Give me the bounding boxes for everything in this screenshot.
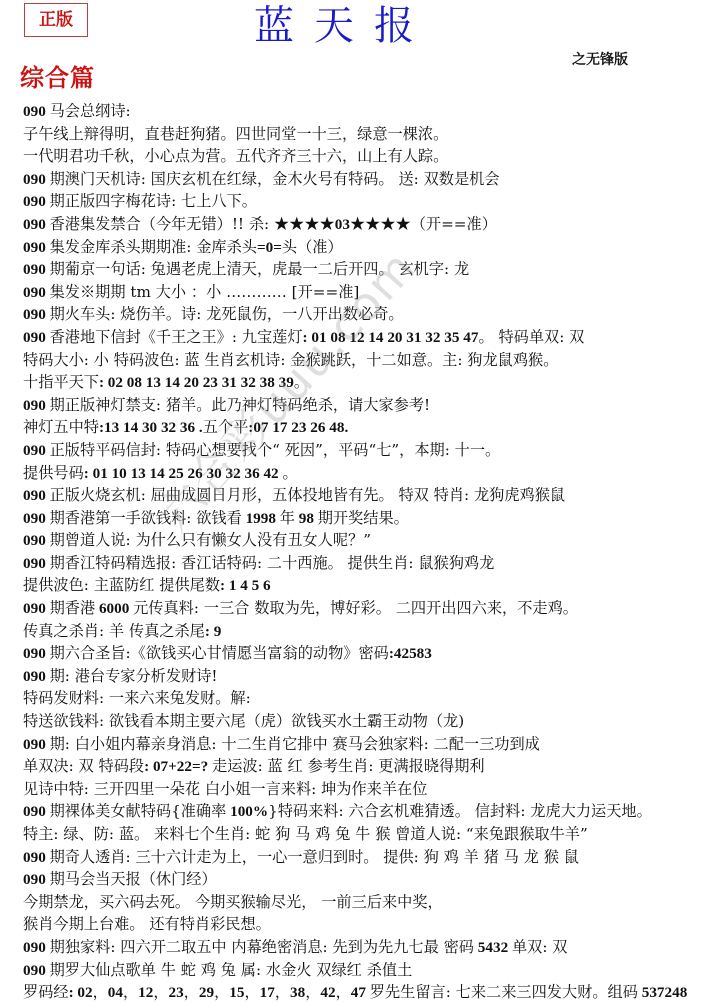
text-line: 090 期: 港台专家分析发财诗! <box>23 665 723 688</box>
number-text: : 02 08 13 14 20 23 31 32 38 39 <box>99 374 294 391</box>
number-text: :13 14 30 32 36 . <box>99 419 203 436</box>
number-text: 090 <box>23 284 50 301</box>
number-text: 090 <box>23 939 50 956</box>
number-text: :42583 <box>389 645 432 662</box>
number-text: 12 <box>138 984 153 1001</box>
text-line: 090 期葡京一句话: 兔遇老虎上清天，虎最一二后开四。 玄机字: 龙 <box>23 258 723 281</box>
text-line: 090 期独家料: 四六开二取五中 内幕绝密消息: 先到为先九七最 密码 543… <box>23 936 723 959</box>
text-line: 090 期香港 6000 元传真料: 一三合 数取为先，博好彩。 二四开出四六来… <box>23 597 723 620</box>
text-line: 提供波色: 主蓝防红 提供尾数: 1 4 5 6 <box>23 574 723 597</box>
text-line: 提供号码: 01 10 13 14 25 26 30 32 36 42 。 <box>23 462 723 485</box>
text-line: 090 香港地下信封《千王之王》: 九宝莲灯: 01 08 12 14 20 3… <box>23 326 723 349</box>
text-line: 090 集发※期期 tm 大小 ：小 ………… [开==准] <box>23 281 723 304</box>
text-line: 单双决: 双 特码段: 07+22=? 走运波: 蓝 红 参考生肖: 更满报晓得… <box>23 755 723 778</box>
number-text: 090 <box>23 442 50 459</box>
number-text: 42 <box>320 984 335 1001</box>
number-text: : 9 <box>205 623 221 640</box>
text-line: 090 期奇人透肖: 三十六计走为上，一心一意归到时。 提供: 狗 鸡 羊 猪 … <box>23 846 723 869</box>
number-text: 04 <box>108 984 123 1001</box>
text-line: 090 正版特平码信封: 特码心想要找个“ 死因”，平码“七”，本期: 十一。 <box>23 439 723 462</box>
text-line: 特送欲钱料: 欲钱看本期主要六尾（虎）欲钱买水土霸王动物（龙) <box>23 710 723 733</box>
text-line: 特码大小: 小 特码波色: 蓝 生肖玄机诗: 金猴跳跃，十二如意。主: 狗龙鼠鸡… <box>23 349 723 372</box>
number-text: 090 <box>23 216 50 233</box>
text-line: 神灯五中特:13 14 30 32 36 .五个平:07 17 23 26 48… <box>23 416 723 439</box>
text-line: 090 期曾道人说: 为什么只有懒女人没有丑女人呢？” <box>23 529 723 552</box>
number-text: 090 <box>23 397 50 414</box>
text-line: 090 集发金库杀头期期准: 金库杀头=0=头（准） <box>23 236 723 259</box>
number-text: 47 <box>351 984 370 1001</box>
text-line: 十指平天下: 02 08 13 14 20 23 31 32 38 39。 <box>23 371 723 394</box>
number-text: 23 <box>169 984 184 1001</box>
number-text: 090 <box>23 171 50 188</box>
section-heading: 综合篇 <box>20 58 95 93</box>
number-text: 090 <box>23 239 50 256</box>
article-body: 090 马会总纲诗:子午线上辩得明，直巷赶狗猪。四世同堂一十三，绿意一棵浓。一代… <box>23 100 723 1003</box>
text-line: 罗码经: 02，04，12，23，29，15，17，38，42，47 罗先生留言… <box>23 981 723 1003</box>
number-text: 1998 <box>242 510 280 527</box>
number-text: 537248 <box>638 984 687 1001</box>
number-text: 090 <box>23 668 50 685</box>
text-line: 090 期正版神灯禁支: 猪羊。此乃神灯特码绝杀，请大家参考! <box>23 394 723 417</box>
text-line: 090 香港集发禁合（今年无错）!! 杀: ★★★★03★★★★（开==准） <box>23 213 723 236</box>
text-line: 090 期罗大仙点歌单 牛 蛇 鸡 兔 属: 水金火 双绿红 杀值土 <box>23 959 723 982</box>
number-text: : 1 4 5 6 <box>220 577 271 594</box>
text-line: 090 期澳门天机诗: 国庆玄机在红绿，金木火号有特码。 送: 双数是机会 <box>23 168 723 191</box>
text-line: 猴肖今期上台难。 还有特肖彩民想。 <box>23 913 723 936</box>
number-text: 090 <box>23 803 50 820</box>
text-line: 090 马会总纲诗: <box>23 100 723 123</box>
official-edition-stamp: 正版 <box>24 3 88 37</box>
edition-label: 之无锋版 <box>572 49 628 69</box>
number-text: 090 <box>23 871 50 888</box>
number-text: 090 <box>23 329 50 346</box>
number-text: 090 <box>23 487 50 504</box>
number-text: 090 <box>23 645 50 662</box>
number-text: 98 <box>295 510 318 527</box>
text-line: 今期禁龙，买六码去死。 今期买猴输尽光， 一前三后来中奖， <box>23 891 723 914</box>
text-line: 090 期香港第一手欲钱料: 欲钱看 1998 年 98 期开奖结果。 <box>23 507 723 530</box>
text-line: 090 期马会当天报（休门经） <box>23 868 723 891</box>
number-text: 5432 <box>474 939 512 956</box>
number-text: 090 <box>23 600 50 617</box>
text-line: 090 期火车头: 烧伤羊。诗: 龙死鼠伤，一八开出数必奇。 <box>23 303 723 326</box>
number-text: 090 <box>23 736 50 753</box>
number-text: 100% <box>226 803 268 820</box>
number-text: 090 <box>23 555 50 572</box>
number-text: :07 17 23 26 48. <box>248 419 348 436</box>
number-text: 15 <box>229 984 244 1001</box>
text-line: 090 期六合圣旨:《欲钱买心甘情愿当富翁的动物》密码:42583 <box>23 642 723 665</box>
number-text: 090 <box>23 849 50 866</box>
number-text: 090 <box>23 103 50 120</box>
number-text: : 02 <box>69 984 93 1001</box>
number-text: 38 <box>290 984 305 1001</box>
number-text: 090 <box>23 962 50 979</box>
number-text: 6000 <box>95 600 133 617</box>
text-line: 特码发财料: 一来六来兔发财。解: <box>23 687 723 710</box>
text-line: 090 期裸体美女献特码{准确率 100%}特码来料: 六合玄机难猜透。 信封料… <box>23 800 723 823</box>
number-text: 090 <box>23 306 50 323</box>
text-line: 一代明君功千秋，小心点为营。五代齐齐三十六，山上有人踪。 <box>23 145 723 168</box>
text-line: 子午线上辩得明，直巷赶狗猪。四世同堂一十三，绿意一棵浓。 <box>23 123 723 146</box>
text-line: 090 期: 白小姐内幕亲身消息: 十二生肖它排中 赛马会独家料: 二配一三功到… <box>23 733 723 756</box>
text-line: 090 正版火烧玄机: 屈曲成圆日月形，五体投地皆有先。 特双 特肖: 龙狗虎鸡… <box>23 484 723 507</box>
text-line: 见诗中特: 三开四里一朵花 白小姐一言来料: 坤为作来羊在位 <box>23 778 723 801</box>
number-text: 090 <box>23 193 50 210</box>
text-line: 090 期香江特码精选报: 香江话特码: 二十西施。 提供生肖: 鼠猴狗鸡龙 <box>23 552 723 575</box>
number-text: : 01 08 12 14 20 31 32 35 47 <box>303 329 479 346</box>
number-text: 090 <box>23 261 50 278</box>
number-text: : 01 10 13 14 25 26 30 32 36 42 <box>84 465 283 482</box>
number-text: 090 <box>23 510 50 527</box>
number-text: =0= <box>257 239 282 256</box>
number-text: 17 <box>260 984 275 1001</box>
number-text: : 07+22=? <box>144 758 212 775</box>
number-text: 090 <box>23 532 50 549</box>
text-line: 090 期正版四字梅花诗: 七上八下。 <box>23 190 723 213</box>
number-text: 29 <box>199 984 214 1001</box>
number-text: 03 <box>335 216 350 233</box>
text-line: 传真之杀肖: 羊 传真之杀尾: 9 <box>23 620 723 643</box>
text-line: 特主: 绿、防: 蓝。 来料七个生肖: 蛇 狗 马 鸡 兔 牛 猴 曾道人说: … <box>23 823 723 846</box>
newspaper-title: 蓝天报 <box>254 2 454 50</box>
